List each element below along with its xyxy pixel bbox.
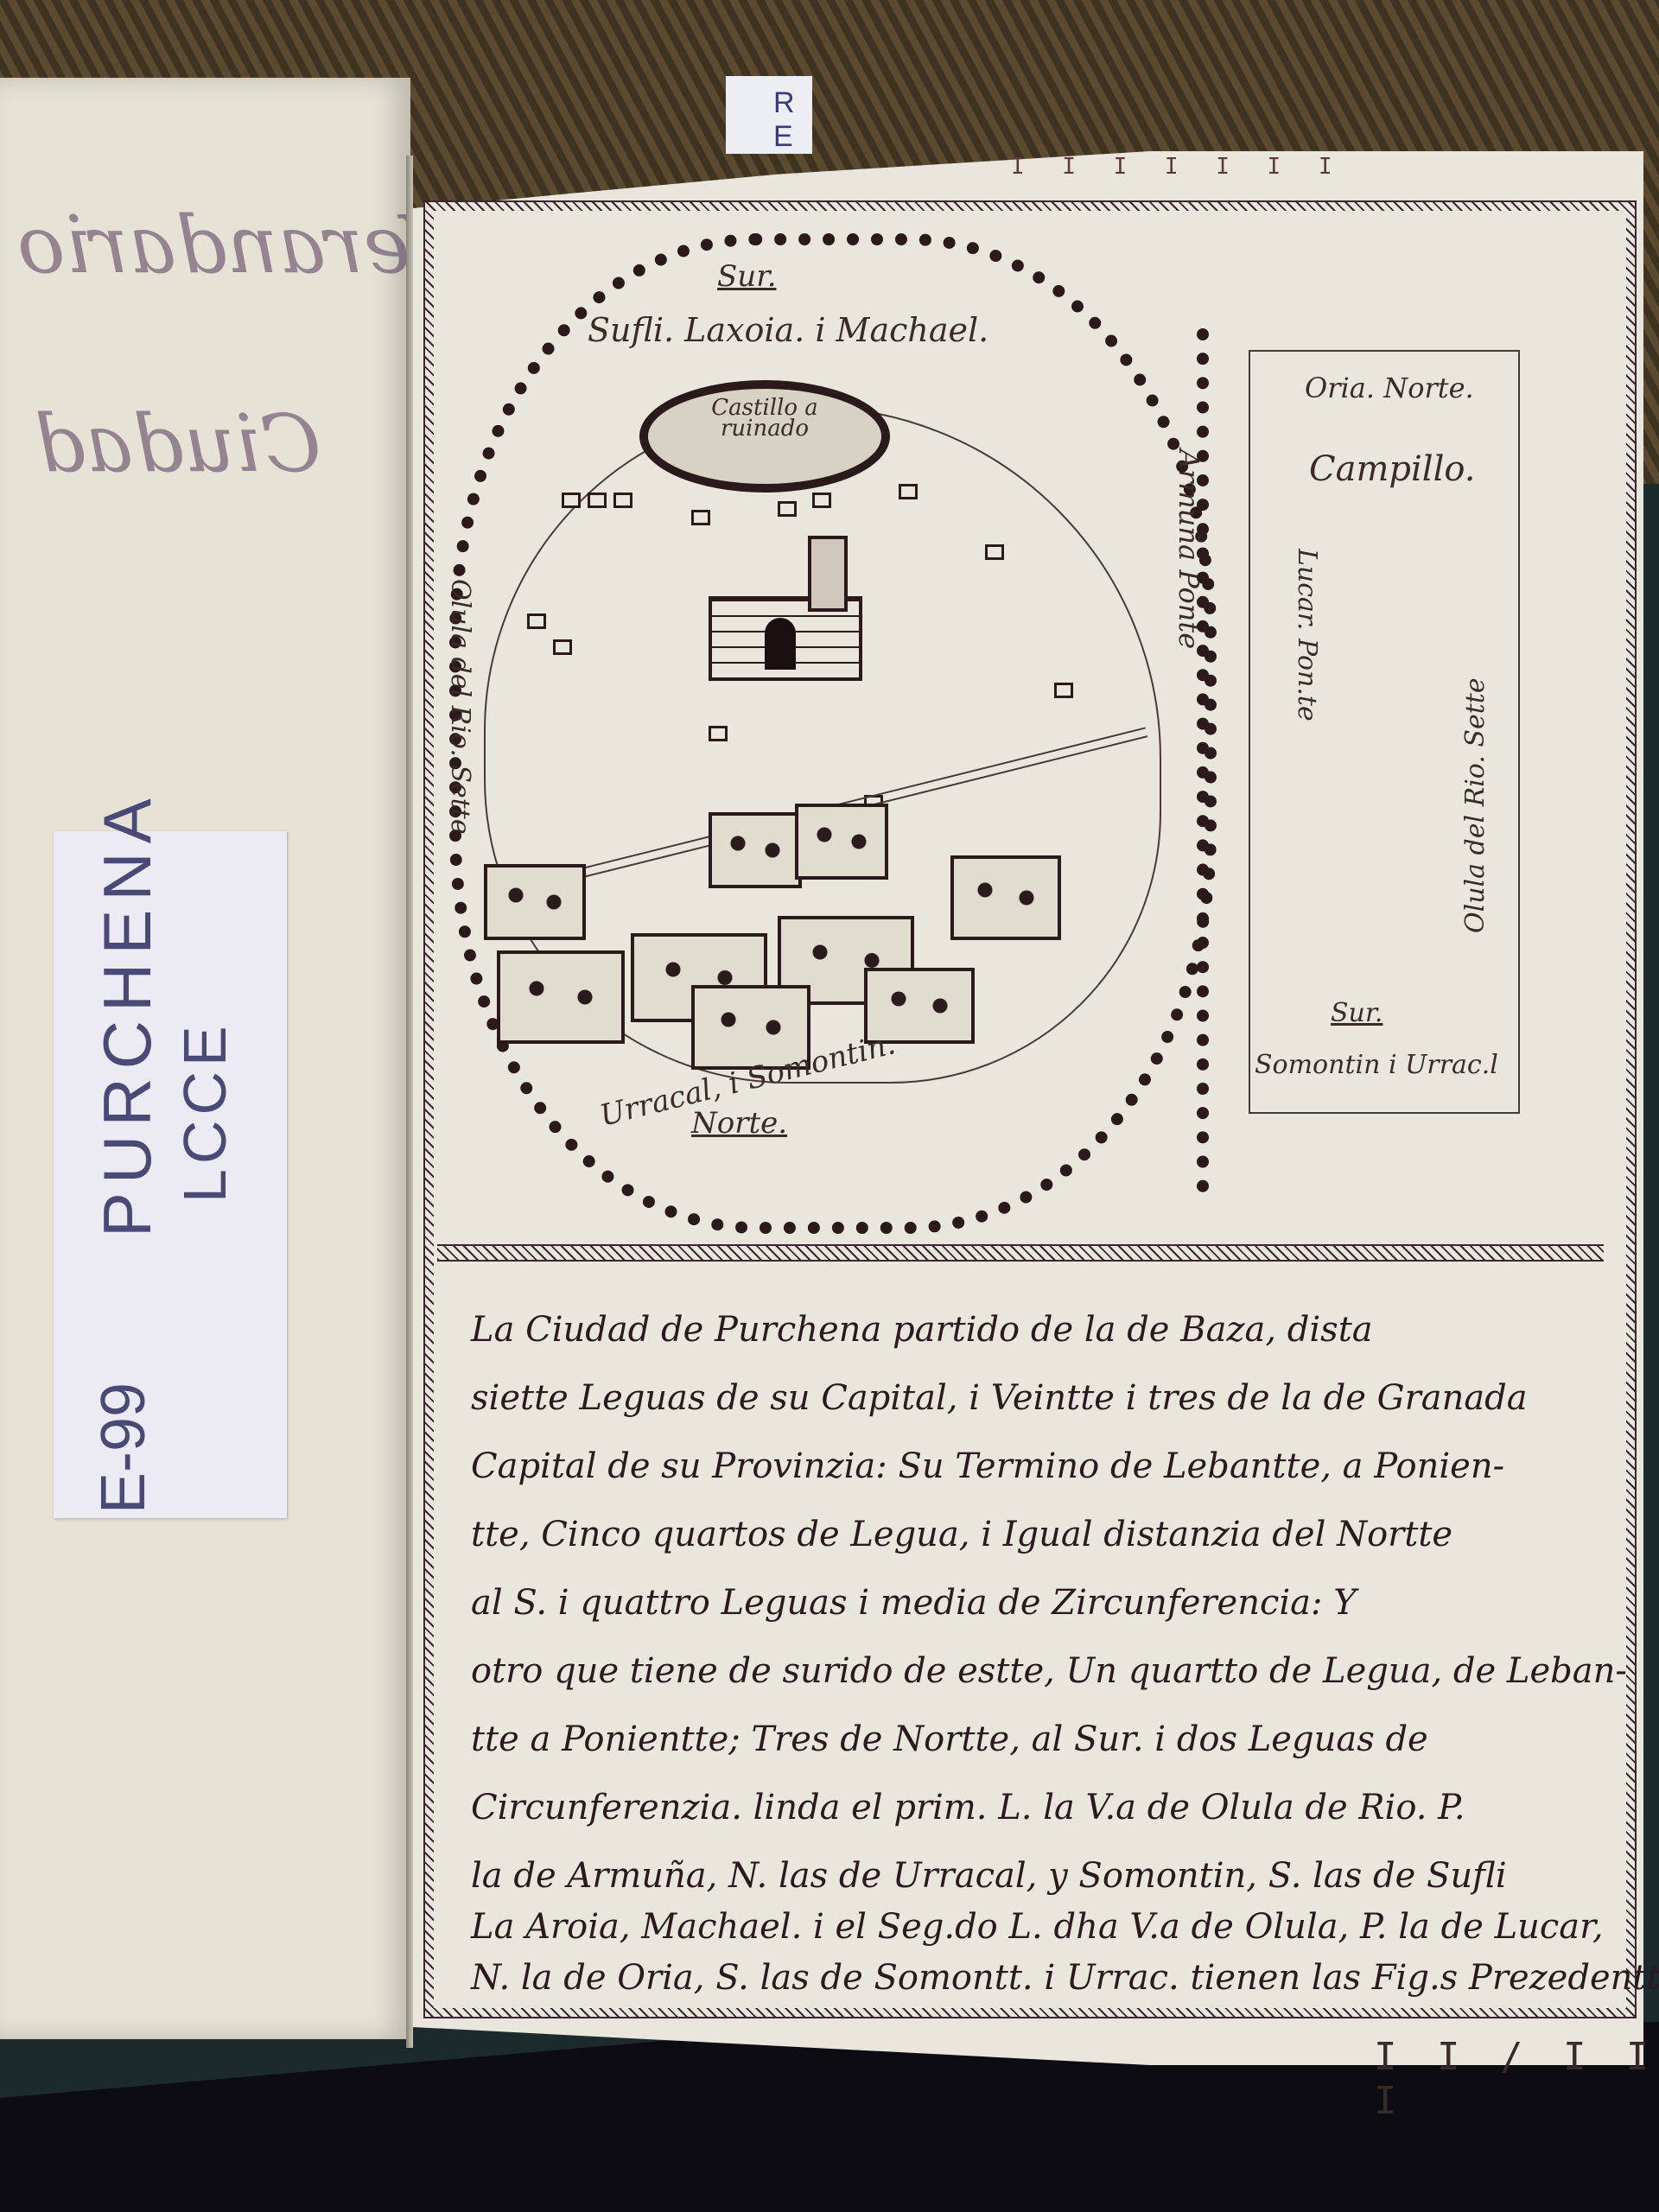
- text-line: La Ciudad de Purchena partido de la de B…: [471, 1296, 1603, 1364]
- inset-south-label: Sur.: [1331, 998, 1382, 1028]
- house-icon: [613, 493, 632, 508]
- house-icon: [1054, 683, 1073, 698]
- church-door: [765, 618, 796, 670]
- inset-top-label: Oria. Norte.: [1305, 372, 1474, 404]
- book-gutter: [406, 156, 413, 2048]
- text-line: tte, Cinco quartos de Legua, i Igual dis…: [471, 1501, 1603, 1569]
- text-line: siette Leguas de su Capital, i Veintte i…: [471, 1364, 1603, 1433]
- bleed-through-line-1: Yerandario: [17, 199, 456, 291]
- house-icon: [899, 484, 918, 499]
- catalog-label: PURCHENA E-99 LCCE: [54, 831, 287, 1518]
- orchard-field: [484, 864, 586, 940]
- map-south-label: Sur.: [717, 259, 777, 294]
- text-line: Circunferenzia. linda el prim. L. la V.a…: [471, 1774, 1603, 1842]
- orchard-field: [950, 855, 1061, 940]
- inset-right-label: Olula del Rio. Sette: [1460, 677, 1491, 933]
- castle-icon: Castillo a ruinado: [639, 380, 890, 493]
- house-icon: [553, 639, 572, 655]
- bleed-through-line-2: Ciudad: [35, 397, 321, 490]
- paper-tab: R E: [726, 76, 812, 154]
- text-line: al S. i quattro Leguas i media de Zircun…: [471, 1569, 1603, 1637]
- ornate-divider: [437, 1244, 1604, 1262]
- house-icon: [778, 501, 797, 517]
- house-icon: [812, 493, 831, 508]
- house-icon: [985, 544, 1004, 560]
- label-place: PURCHENA: [88, 790, 167, 1237]
- inset-title: Campillo.: [1309, 449, 1475, 489]
- label-line2: LCCE: [170, 1020, 239, 1203]
- text-line: Capital de su Provinzia: Su Termino de L…: [471, 1433, 1603, 1501]
- castle-label: Castillo a ruinado: [691, 397, 838, 439]
- manuscript-text: La Ciudad de Purchena partido de la de B…: [471, 1296, 1603, 2012]
- mountain-ridge: [1197, 328, 1217, 1192]
- house-icon: [691, 510, 710, 525]
- top-tally-marks: I I I I I I I: [1011, 154, 1344, 180]
- text-line: N. la de Oria, S. las de Somontt. i Urra…: [471, 1944, 1603, 2012]
- house-icon: [588, 493, 607, 508]
- bottom-tally-marks: I I / I I I: [1374, 2035, 1659, 2123]
- map-north-label: Norte.: [691, 1106, 787, 1141]
- label-code: E-99: [88, 1382, 159, 1514]
- orchard-field: [709, 812, 802, 888]
- bell-tower-icon: [808, 536, 848, 612]
- map-left-neighbor: Olula del Rio. Sette: [445, 579, 475, 835]
- house-icon: [709, 726, 728, 741]
- tab-marks: R E: [773, 86, 812, 154]
- house-icon: [562, 493, 581, 508]
- inset-bottom-neighbors: Somontin i Urrac.l: [1255, 1050, 1498, 1080]
- orchard-field: [497, 950, 625, 1044]
- inset-left-label: Lucar. Pon.te: [1292, 549, 1322, 721]
- text-line: otro que tiene de surido de estte, Un qu…: [471, 1637, 1603, 1706]
- orchard-field: [795, 804, 888, 880]
- map-top-neighbors: Sufli. Laxoia. i Machael.: [588, 311, 988, 349]
- house-icon: [527, 613, 546, 629]
- text-line: tte a Ponientte; Tres de Nortte, al Sur.…: [471, 1706, 1603, 1774]
